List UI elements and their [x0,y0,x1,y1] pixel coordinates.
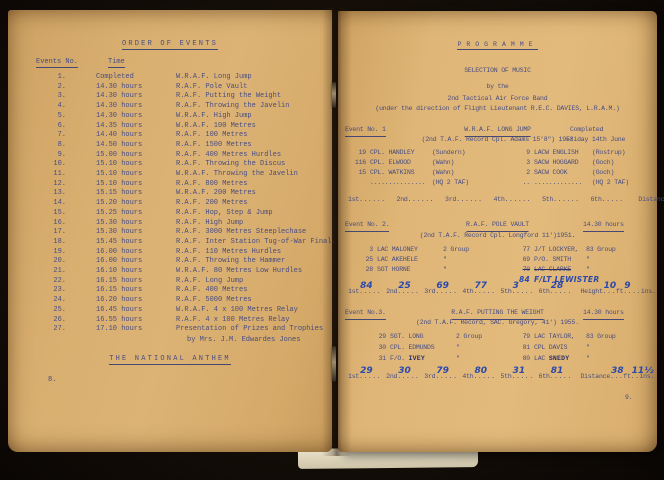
event-time: 15.10 hours [96,170,160,180]
event-number: 17. [46,228,66,238]
band-line: 2nd Tactical Air Force Band [338,94,657,104]
competitor-group: 2 Group [443,245,469,255]
competitor-name: ............... [370,178,432,188]
competitor-number [350,178,366,188]
competitor-row: 19 CPL. HANDLEY (Sundern) [350,148,469,158]
competitor-number: 30 [362,342,386,353]
competitor-station: (Goch) [592,158,614,168]
competitor-name: CPL DAVIS [534,342,586,353]
competitor-group: " [586,353,590,364]
event-name: R.A.F. Long Jump [176,277,243,287]
competitor-number: 9 [516,148,530,158]
event-number: 19. [46,248,66,258]
event-number: 8. [46,141,66,151]
event-row: 10. 15.10 hours R.A.F. Throwing the Disc… [46,160,326,170]
competitor-station: (HQ 2 TAF) [432,178,469,188]
handwritten-placing-value: 79 [436,366,449,376]
event-number: 15. [46,209,66,219]
event-name: R.A.F. 400 Metres Hurdles [176,151,281,161]
event-name: R.A.F. 100 Metres [176,131,247,141]
event-number: 26. [46,316,66,326]
event-number: 24. [46,296,66,306]
handwritten-placing-value: 69 [436,281,449,291]
competitor-number: 31 [362,353,386,364]
event-name: R.A.F. 110 Metres Hurdles [176,248,281,258]
direction-line: (under the direction of Flight Lieutenan… [338,104,657,114]
handwritten-placing-value: 80 [474,366,487,376]
competitor-row: 2 SACW COOK (Goch) [516,168,629,178]
event-name: R.A.F. 4 x 100 Metres Relay [176,316,289,326]
event-number: 12. [46,180,66,190]
event-time: 14.30 hours [96,112,160,122]
event1-record-line: (2nd T.A.F. Record Cpl. Adams 15'8") 195… [338,135,657,145]
event-row: 12. 15.10 hours R.A.F. 800 Metres [46,180,326,190]
event1-status: Completed [570,125,603,135]
competitor-number: 25 [350,255,373,265]
event-number: 13. [46,189,66,199]
competitor-station: (Wahn) [432,158,454,168]
event-row: 18. 15.45 hours R.A.F. Inter Station Tug… [46,238,326,248]
event-row: 3. 14.30 hours R.A.F. Putting the Weight [46,92,326,102]
competitor-row: 3 LAC MALONEY 2 Group [350,245,469,255]
competitor-group: " [586,255,590,265]
competitor-number: 29 [362,331,386,342]
event-name: R.A.F. 1500 Metres [176,141,252,151]
page-number-right: 9. [625,393,632,403]
competitor-number: 116 [350,158,366,168]
event-name: R.A.F. Throwing the Discus [176,160,285,170]
competitor-number: 70 [516,265,530,275]
event-time: 14.30 hours [96,83,160,93]
event-name: W.R.A.F. 4 x 100 Metres Relay [176,306,298,316]
placing: 3rd.....79 [424,373,457,380]
event-name: Presentation of Prizes and Trophies [176,325,323,335]
event-number: 4. [46,102,66,112]
competitor-name: LAC TAYLOR, [534,331,586,342]
event-time: 15.00 hours [96,151,160,161]
event2-left-column: 3 LAC MALONEY 2 Group 25 LAC AKEHELE " 2… [350,245,469,275]
competitor-row: 9 LACW ENGLISH (Rostrup) [516,148,629,158]
national-anthem-heading: THE NATIONAL ANTHEM [8,355,332,365]
placing: 2nd.....30 [386,373,419,380]
handwritten-placing-value: 31 [513,366,526,376]
placing: 6th..... [591,196,624,203]
event1-measure: Distance ....ft... ins [638,196,664,203]
event-row: 2. 14.30 hours R.A.F. Pole Vault [46,83,326,93]
competitor-row: 116 CPL. ELWOOD (Wahn) [350,158,469,168]
event-number: 1. [46,73,66,83]
event-row: 1. Completed W.R.A.F. Long Jump [46,73,326,83]
competitor-row: 28 SGT HORNE " [350,265,469,275]
event-number: 14. [46,199,66,209]
competitor-row: 81 CPL DAVIS " [516,342,616,353]
competitor-name: SACW COOK [534,168,592,178]
event3-placings: 1st.....292nd.....303rd.....794th.....80… [348,373,577,380]
event1-results-line: 1st......2nd......3rd......4th......5th.… [348,195,664,205]
event2-record-line: (2nd T.A.F. Record Cpl. Longford 11')195… [338,231,657,241]
left-page: ORDER OF EVENTS Events No. Time 1. Compl… [8,10,332,452]
event-row: 9. 15.00 hours R.A.F. 400 Metres Hurdles [46,151,326,161]
competitor-row: 30 CPL. EDMUNDS " [362,342,482,353]
competitor-row: 29 SGT. LONG 2 Group [362,331,482,342]
competitor-group: 83 Group [586,245,616,255]
event3-right-column: 79 LAC TAYLOR, 83 Group 81 CPL DAVIS " 8… [516,331,616,364]
competitor-number: .. [516,178,530,188]
event-number: 27. [46,325,66,335]
competitor-row: 77 J/T LOCKYER, 83 Group [516,245,616,255]
competitor-row: 79 LAC TAYLOR, 83 Group [516,331,616,342]
event-number: 3. [46,92,66,102]
competitor-row: 69 P/O. SMITH " [516,255,616,265]
event-name: W.R.A.F. 100 Metres [176,122,256,132]
event-name: W.R.A.F. 200 Metres [176,189,256,199]
event-name: R.A.F. 3000 Metres Steeplechase [176,228,306,238]
competitor-row: 84 F/LT LEWISTER [516,275,616,285]
event-number: 21. [46,267,66,277]
competitor-group: " [456,342,460,353]
competitor-group: " [586,342,590,353]
event-row: 21. 16.10 hours W.R.A.F. 80 Metres Low H… [46,267,326,277]
event3-header: Event No.3. R.A.F. PUTTING THE WEIGHT 14… [338,308,657,318]
competitor-name: P/O. SMITH [534,255,586,265]
event-row: 4. 14.30 hours R.A.F. Throwing the Javel… [46,102,326,112]
event-time: 15.10 hours [96,160,160,170]
selection-of-music-heading: SELECTION OF MUSIC [338,66,657,76]
event-name: R.A.F. 5000 Metres [176,296,252,306]
event-time: 16.15 hours [96,286,160,296]
placing: 1st.....84 [348,288,381,295]
placing: 1st.....29 [348,373,381,380]
placing: 5th.....31 [501,373,534,380]
scanned-booklet-photo: ORDER OF EVENTS Events No. Time 1. Compl… [0,0,664,480]
competitor-name: CPL. ELWOOD [370,158,432,168]
event3-record: (2nd T.A.F. Record, SAC. Gregory, 41') 1… [416,319,579,326]
event3-measure: Distance...38ft..11½ins. [580,373,654,380]
competitor-name: CPL. EDMUNDS [390,342,456,353]
event1-placings: 1st......2nd......3rd......4th......5th.… [348,196,635,203]
event2-record: (2nd T.A.F. Record Cpl. Longford 11')195… [420,232,575,239]
competitor-name: LAC CLARKE [534,265,586,275]
event-time: 16.15 hours [96,277,160,287]
event-row: 17. 15.30 hours R.A.F. 3000 Metres Steep… [46,228,326,238]
event-number: 25. [46,306,66,316]
competitor-name: J/T LOCKYER, [534,245,586,255]
event-row: 5. 14.30 hours W.R.A.F. High Jump [46,112,326,122]
page-number-left: 8. [48,376,56,386]
placing: 4th.....80 [462,373,495,380]
event-number: 20. [46,257,66,267]
handwritten-placing-value: 84 [360,281,373,291]
event-number: 10. [46,160,66,170]
competitor-name: ............. [534,178,592,188]
placing: 4th.....77 [462,288,495,295]
event-time: 14.30 hours [96,92,160,102]
event-name: W.R.A.F. High Jump [176,112,252,122]
right-page: PROGRAMME SELECTION OF MUSIC by the 2nd … [338,11,657,452]
competitor-number: 81 [516,342,530,353]
event1-date: Friday 14th June [566,135,625,145]
competitor-row: 25 LAC AKEHELE " [350,255,469,265]
event-number: 6. [46,122,66,132]
placing: 4th...... [494,196,532,203]
event-row: 11. 15.10 hours W.R.A.F. Throwing the Ja… [46,170,326,180]
event-row: 15. 15.25 hours R.A.F. Hop, Step & Jump [46,209,326,219]
event-row: 8. 14.50 hours R.A.F. 1500 Metres [46,141,326,151]
event-number: 7. [46,131,66,141]
staple [332,82,336,108]
competitor-station: (Rostrup) [592,148,625,158]
event-name: R.A.F. 800 Metres [176,180,247,190]
presenter-line: by Mrs. J.M. Edwardes Jones [187,336,300,346]
event-name: R.A.F. 400 Metres [176,286,247,296]
event2-header: Event No. 2. R.A.F. POLE VAULT 14.30 hou… [338,220,657,230]
competitor-group: " [443,255,447,265]
event-name: W.R.A.F. Throwing the Javelin [176,170,298,180]
event-row: 22. 16.15 hours R.A.F. Long Jump [46,277,326,287]
event-row: 6. 14.35 hours W.R.A.F. 100 Metres [46,122,326,132]
event-time: 14.35 hours [96,122,160,132]
event-time: 16.00 hours [96,248,160,258]
event-time: Completed [96,73,160,83]
placing: 6th.....81 [539,373,572,380]
competitor-name: LAC MALONEY [377,245,443,255]
competitor-row: .. ............. (HQ 2 TAF) [516,178,629,188]
event-row: 27. 17.10 hours Presentation of Prizes a… [46,325,326,335]
handwritten-placing-value: 28 [551,281,564,291]
event-row: 25. 16.45 hours W.R.A.F. 4 x 100 Metres … [46,306,326,316]
competitor-number: 28 [350,265,373,275]
event-time: 15.45 hours [96,238,160,248]
competitor-name: LAC SNEDY [534,353,586,364]
handwritten-placing-value: 81 [551,366,564,376]
competitor-row: 15 CPL. WATKINS (Wahn) [350,168,469,178]
competitor-number: 2 [516,168,530,178]
competitor-row: 70 LAC CLARKE " [516,265,616,275]
event2-placings: 1st.....842nd.....253rd.....694th.....77… [348,288,577,295]
event-time: 17.10 hours [96,325,160,335]
placing: 2nd.....25 [386,288,419,295]
event3-record-line: (2nd T.A.F. Record, SAC. Gregory, 41') 1… [338,318,657,328]
placing: 3rd.....69 [424,288,457,295]
event-time: 15.30 hours [96,228,160,238]
competitor-name: SGT HORNE [377,265,443,275]
competitor-station: (Sundern) [432,148,465,158]
handwritten-placing-value: 30 [398,366,411,376]
competitor-row: 3 SACW HOGGARD (Goch) [516,158,629,168]
placing: 5th...... [542,196,580,203]
placing: 6th.....28 [539,288,572,295]
event-name: R.A.F. High Jump [176,219,243,229]
event1-record: (2nd T.A.F. Record Cpl. Adams 15'8") 195… [422,136,574,143]
event2-right-column: 77 J/T LOCKYER, 83 Group 69 P/O. SMITH "… [516,245,616,285]
competitor-group: " [586,265,590,275]
competitor-number: 77 [516,245,530,255]
event-name: W.R.A.F. Long Jump [176,73,252,83]
event2-measure: Height...10ft....9ins. [580,288,655,295]
event-number: 5. [46,112,66,122]
event-name: R.A.F. 200 Metres [176,199,247,209]
event-time: 15.15 hours [96,189,160,199]
events-table: 1. Completed W.R.A.F. Long Jump 2. 14.30… [46,73,326,335]
event-time: 16.45 hours [96,306,160,316]
event-number: 9. [46,151,66,161]
event-row: 7. 14.40 hours R.A.F. 100 Metres [46,131,326,141]
competitor-number: 80 [516,353,530,364]
event-number: 2. [46,83,66,93]
handwritten-placing-value: 3 [513,281,519,291]
event-row: 23. 16.15 hours R.A.F. 400 Metres [46,286,326,296]
event-time: 14.40 hours [96,131,160,141]
event-name: R.A.F. Throwing the Javelin [176,102,289,112]
event-name: W.R.A.F. 80 Metres Low Hurdles [176,267,302,277]
event-row: 19. 16.00 hours R.A.F. 110 Metres Hurdle… [46,248,326,258]
event3-left-column: 29 SGT. LONG 2 Group 30 CPL. EDMUNDS " 3… [362,331,482,364]
event-number: 18. [46,238,66,248]
competitor-number: 3 [516,158,530,168]
event3-results-line: 1st.....292nd.....303rd.....794th.....80… [348,372,659,382]
competitor-name: LACW ENGLISH [534,148,592,158]
competitor-station: (Goch) [592,168,614,178]
event-name: R.A.F. Putting the Weight [176,92,281,102]
event-time: 14.30 hours [96,102,160,112]
competitor-name: CPL. WATKINS [370,168,432,178]
placing: 3rd...... [445,196,483,203]
event-time: 16.20 hours [96,296,160,306]
competitor-name: SGT. LONG [390,331,456,342]
competitor-row: 31 F/O. IVEY " [362,353,482,364]
event-row: 14. 15.20 hours R.A.F. 200 Metres [46,199,326,209]
competitor-name: LAC AKEHELE [377,255,443,265]
event-row: 13. 15.15 hours W.R.A.F. 200 Metres [46,189,326,199]
column-header-time: Time [108,58,125,68]
event-time: 16.00 hours [96,257,160,267]
competitor-number: 19 [350,148,366,158]
event-name: R.A.F. Pole Vault [176,83,247,93]
event-time: 15.10 hours [96,180,160,190]
competitor-name: F/O. IVEY [390,353,456,364]
event-time: 15.30 hours [96,219,160,229]
competitor-row: 80 LAC SNEDY " [516,353,616,364]
event-row: 16. 15.30 hours R.A.F. High Jump [46,219,326,229]
event-time: 16.55 hours [96,316,160,326]
event2-results-line: 1st.....842nd.....253rd.....694th.....77… [348,287,661,297]
event-time: 15.25 hours [96,209,160,219]
placing: 1st...... [348,196,386,203]
event-number: 16. [46,219,66,229]
competitor-name: CPL. HANDLEY [370,148,432,158]
competitor-number: 3 [350,245,373,255]
staple [332,346,336,382]
event-time: 15.20 hours [96,199,160,209]
event-row: 24. 16.20 hours R.A.F. 5000 Metres [46,296,326,306]
event1-header: Event No. 1 W.R.A.F. LONG JUMP Completed [338,125,657,135]
competitor-name: SACW HOGGARD [534,158,592,168]
handwritten-placing-value: 77 [474,281,487,291]
event1-right-column: 9 LACW ENGLISH (Rostrup) 3 SACW HOGGARD … [516,148,629,188]
competitor-number: 79 [516,331,530,342]
competitor-group: 83 Group [586,331,616,342]
event1-left-column: 19 CPL. HANDLEY (Sundern) 116 CPL. ELWOO… [350,148,469,188]
competitor-station: (HQ 2 TAF) [592,178,629,188]
competitor-group: " [456,353,460,364]
event-name: R.A.F. Inter Station Tug-of-War Final. [176,238,336,248]
event-name: R.A.F. Throwing the Hammer [176,257,285,267]
competitor-number: 69 [516,255,530,265]
column-header-events-no: Events No. [36,58,78,68]
by-the-line: by the [338,82,657,92]
event-name: R.A.F. Hop, Step & Jump [176,209,273,219]
programme-title: PROGRAMME [338,40,657,50]
placing: 5th.....3 [501,288,534,295]
competitor-number: 15 [350,168,366,178]
competitor-station: (Wahn) [432,168,454,178]
competitor-row: ............... (HQ 2 TAF) [350,178,469,188]
event-number: 23. [46,286,66,296]
handwritten-placing-value: 25 [398,281,411,291]
competitor-group: " [443,265,447,275]
handwritten-placing-value: 29 [360,366,373,376]
event-time: 16.10 hours [96,267,160,277]
order-of-events-title: ORDER OF EVENTS [8,40,332,50]
event-row: 20. 16.00 hours R.A.F. Throwing the Hamm… [46,257,326,267]
event-number: 22. [46,277,66,287]
event-time: 14.50 hours [96,141,160,151]
event-number: 11. [46,170,66,180]
placing: 2nd...... [397,196,435,203]
competitor-group: 2 Group [456,331,482,342]
event-row: 26. 16.55 hours R.A.F. 4 x 100 Metres Re… [46,316,326,326]
